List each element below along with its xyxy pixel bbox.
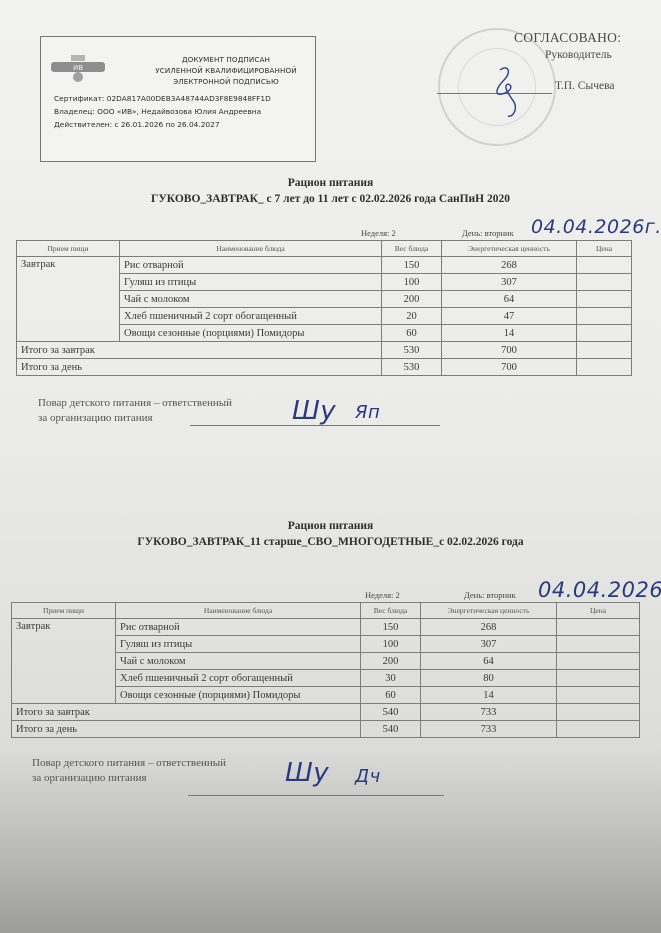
menu-1-handwritten-date: 04.04.2026г.: [531, 216, 661, 238]
column-header: Прием пищи: [12, 603, 116, 619]
organization-logo-icon: ИВ: [49, 55, 107, 83]
dish-price: [557, 653, 640, 670]
dish-price: [557, 670, 640, 687]
menu-2-cook-line-2: за организацию питания: [32, 771, 147, 786]
menu-1-cook-signature: Шу: [292, 396, 336, 426]
dish-weight: 30: [361, 670, 421, 687]
column-header: Вес блюда: [361, 603, 421, 619]
dish-weight: 60: [382, 325, 442, 342]
dish-weight: 200: [361, 653, 421, 670]
meal-name: Завтрак: [17, 257, 120, 342]
total-weight: 540: [361, 721, 421, 738]
total-row: Итого за завтрак 530 700: [17, 342, 632, 359]
table-row: Завтрак Рис отварной 150 268: [17, 257, 632, 274]
menu-2-cook-signature: Шу: [285, 758, 329, 788]
total-label: Итого за завтрак: [12, 704, 361, 721]
dish-name: Овощи сезонные (порциями) Помидоры: [120, 325, 382, 342]
dish-energy: 307: [442, 274, 577, 291]
approval-title: СОГЛАСОВАНО:: [514, 30, 621, 46]
dish-name: Рис отварной: [120, 257, 382, 274]
svg-text:ИВ: ИВ: [73, 64, 83, 72]
menu-1-cook-line-1: Повар детского питания – ответственный: [38, 396, 232, 411]
dish-name: Чай с молоком: [116, 653, 361, 670]
dish-price: [577, 291, 632, 308]
menu-2-handwritten-date: 04.04.2026г.: [538, 578, 661, 602]
esignature-title-line: УСИЛЕННОЙ КВАЛИФИЦИРОВАННОЙ: [141, 65, 311, 76]
certificate-validity: Действителен: с 26.01.2026 по 26.04.2027: [54, 120, 220, 129]
approval-name: Т.П. Сычева: [555, 80, 614, 92]
total-weight: 530: [382, 342, 442, 359]
table-header-row: Прием пищи Наименование блюда Вес блюда …: [12, 603, 640, 619]
dish-price: [577, 325, 632, 342]
dish-price: [577, 274, 632, 291]
column-header: Цена: [577, 241, 632, 257]
total-row: Итого за завтрак 540 733: [12, 704, 640, 721]
dish-weight: 200: [382, 291, 442, 308]
menu-1-subtitle: ГУКОВО_ЗАВТРАК_ с 7 лет до 11 лет с 02.0…: [0, 193, 661, 205]
dish-name: Рис отварной: [116, 619, 361, 636]
dish-weight: 100: [361, 636, 421, 653]
table-header-row: Прием пищи Наименование блюда Вес блюда …: [17, 241, 632, 257]
electronic-signature-stamp: ИВ ДОКУМЕНТ ПОДПИСАН УСИЛЕННОЙ КВАЛИФИЦИ…: [40, 36, 316, 162]
menu-1-cook-line-2: за организацию питания: [38, 411, 153, 426]
table-row: Завтрак Рис отварной 150 268: [12, 619, 640, 636]
dish-energy: 64: [421, 653, 557, 670]
esignature-title: ДОКУМЕНТ ПОДПИСАН УСИЛЕННОЙ КВАЛИФИЦИРОВ…: [141, 54, 311, 87]
menu-1-day: День: вторник: [462, 228, 514, 238]
esignature-title-line: ДОКУМЕНТ ПОДПИСАН: [141, 54, 311, 65]
menu-2-day: День: вторник: [464, 590, 516, 600]
esignature-title-line: ЭЛЕКТРОННОЙ ПОДПИСЬЮ: [141, 76, 311, 87]
dish-energy: 64: [442, 291, 577, 308]
total-energy: 733: [421, 704, 557, 721]
dish-price: [557, 687, 640, 704]
dish-name: Хлеб пшеничный 2 сорт обогащенный: [116, 670, 361, 687]
column-header: Энергетическая ценность: [421, 603, 557, 619]
total-label: Итого за завтрак: [17, 342, 382, 359]
total-weight: 540: [361, 704, 421, 721]
total-energy: 700: [442, 359, 577, 376]
menu-2-signature-line: [188, 795, 444, 796]
dish-weight: 60: [361, 687, 421, 704]
certificate-number: Сертификат: 02DA817A00DEB3A48744AD3F8E98…: [54, 94, 271, 103]
column-header: Энергетическая ценность: [442, 241, 577, 257]
column-header: Наименование блюда: [120, 241, 382, 257]
dish-energy: 268: [442, 257, 577, 274]
total-price: [557, 721, 640, 738]
handwritten-signature-icon: [488, 62, 528, 122]
menu-2-title: Рацион питания: [0, 520, 661, 532]
total-weight: 530: [382, 359, 442, 376]
menu-1-title: Рацион питания: [0, 177, 661, 189]
dish-weight: 150: [361, 619, 421, 636]
dish-price: [577, 308, 632, 325]
total-row: Итого за день 540 733: [12, 721, 640, 738]
dish-energy: 80: [421, 670, 557, 687]
menu-2-cook-initials: Дч: [355, 766, 381, 787]
total-label: Итого за день: [12, 721, 361, 738]
dish-weight: 150: [382, 257, 442, 274]
total-price: [557, 704, 640, 721]
menu-2-cook-line-1: Повар детского питания – ответственный: [32, 756, 226, 771]
dish-name: Овощи сезонные (порциями) Помидоры: [116, 687, 361, 704]
dish-price: [557, 636, 640, 653]
total-energy: 733: [421, 721, 557, 738]
total-price: [577, 359, 632, 376]
total-row: Итого за день 530 700: [17, 359, 632, 376]
total-label: Итого за день: [17, 359, 382, 376]
dish-name: Гуляш из птицы: [120, 274, 382, 291]
column-header: Наименование блюда: [116, 603, 361, 619]
menu-1-cook-initials: Яп: [355, 402, 380, 423]
menu-2-subtitle: ГУКОВО_ЗАВТРАК_11 старше_СВО_МНОГОДЕТНЫЕ…: [0, 536, 661, 548]
dish-price: [557, 619, 640, 636]
dish-weight: 100: [382, 274, 442, 291]
menu-2-table: Прием пищи Наименование блюда Вес блюда …: [11, 602, 640, 738]
certificate-owner: Владелец: ООО «ИВ», Недайвозова Юлия Анд…: [54, 107, 261, 116]
column-header: Вес блюда: [382, 241, 442, 257]
dish-energy: 14: [442, 325, 577, 342]
total-energy: 700: [442, 342, 577, 359]
dish-energy: 307: [421, 636, 557, 653]
dish-energy: 47: [442, 308, 577, 325]
column-header: Прием пищи: [17, 241, 120, 257]
approval-role: Руководитель: [545, 49, 612, 61]
dish-name: Чай с молоком: [120, 291, 382, 308]
menu-1-table: Прием пищи Наименование блюда Вес блюда …: [16, 240, 632, 376]
total-price: [577, 342, 632, 359]
dish-weight: 20: [382, 308, 442, 325]
dish-energy: 14: [421, 687, 557, 704]
dish-name: Хлеб пшеничный 2 сорт обогащенный: [120, 308, 382, 325]
menu-2-week: Неделя: 2: [365, 590, 400, 600]
meal-name: Завтрак: [12, 619, 116, 704]
menu-1-week: Неделя: 2: [361, 228, 396, 238]
dish-name: Гуляш из птицы: [116, 636, 361, 653]
dish-price: [577, 257, 632, 274]
column-header: Цена: [557, 603, 640, 619]
dish-energy: 268: [421, 619, 557, 636]
